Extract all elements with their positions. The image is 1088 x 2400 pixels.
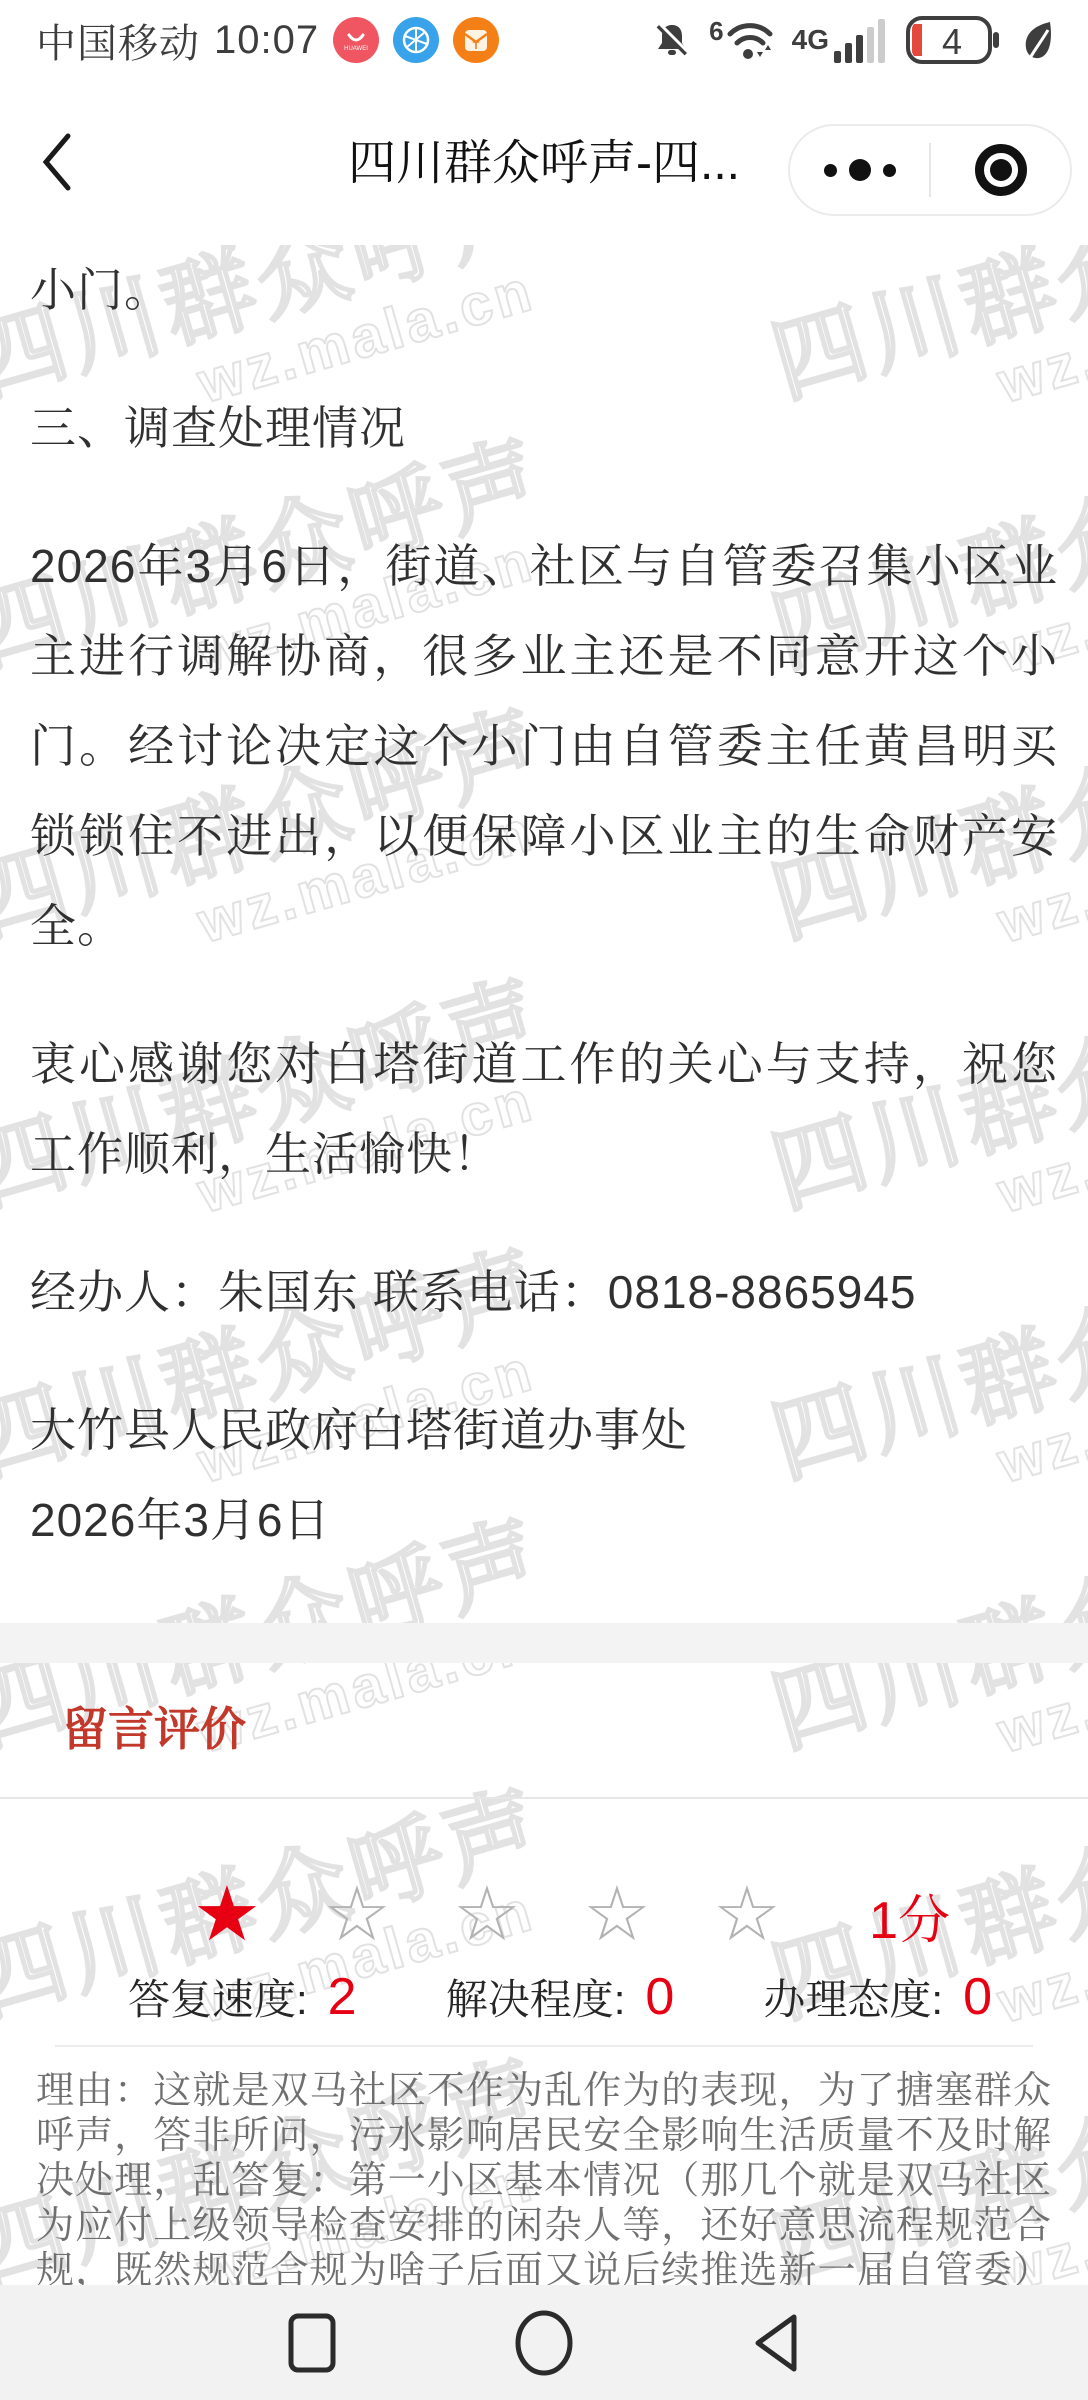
system-navigation-bar [0,2285,1088,2400]
paragraph: 大竹县人民政府白塔街道办事处 [30,1385,1058,1475]
review-section: 留言评价 ★☆☆☆☆ 1分 答复速度: 2 解决程度: 0 办理态度: 0 理由… [0,1663,1088,2339]
home-button[interactable] [512,2308,576,2378]
metric-value: 0 [645,1967,674,2027]
section-divider-band [0,1623,1088,1663]
metric-value: 0 [963,1967,992,2027]
star-filled-icon: ★ [162,1877,292,1953]
metric-label: 解决程度: [446,1967,626,2027]
rating-metrics-row: 答复速度: 2 解决程度: 0 办理态度: 0 [0,1967,1088,2027]
mini-program-nav-bar: 四川群众呼声-四... [0,80,1088,245]
battery-icon: 4 [906,14,1002,66]
reason-divider [55,2045,1033,2047]
power-save-leaf-icon [1018,18,1058,62]
record-circle-icon [975,144,1027,196]
star-empty-icon: ☆ [422,1877,552,1953]
paragraph: 经办人：朱国东 联系电话：0818-8865945 [30,1247,1058,1337]
phone-screen: 四川群众呼声wz.mala.cn四川群众呼声wz.mala.cn四川群众呼声wz… [0,0,1088,2400]
svg-text:T: T [473,40,480,52]
paragraph: 2026年3月6日，街道、社区与自管委召集小区业主进行调解协商，很多业主还是不同… [30,521,1058,971]
more-button[interactable] [790,126,929,214]
recents-button[interactable] [280,2308,344,2378]
wifi-6-icon: 6 [709,18,775,62]
minimize-button[interactable] [931,126,1070,214]
wifi-generation-label: 6 [709,18,723,44]
back-nav-button[interactable] [744,2308,808,2378]
mail-notification-icon: T [453,17,499,63]
review-section-title: 留言评价 [0,1663,1088,1799]
metric-reply-speed: 答复速度: 2 [128,1967,357,2027]
paragraph: 衷心感谢您对白塔街道工作的关心与支持，祝您工作顺利，生活愉快！ [30,1019,1058,1199]
paragraph: 三、调查处理情况 [30,383,1058,473]
svg-text:HUAWEI: HUAWEI [344,46,368,52]
content-area: 小门。 三、调查处理情况 2026年3月6日，街道、社区与自管委召集小区业主进行… [0,245,1088,1565]
paragraph: 2026年3月6日 [30,1475,1058,1565]
browser-notification-icon [393,17,439,63]
star-empty-icon: ☆ [682,1877,812,1953]
network-type-label: 4G [792,15,829,65]
bell-muted-icon [651,19,693,61]
metric-value: 2 [328,1967,357,2027]
star-empty-icon: ☆ [292,1877,422,1953]
ellipsis-icon [824,159,896,181]
star-icons: ★☆☆☆☆ [162,1877,812,1953]
star-empty-icon: ☆ [552,1877,682,1953]
mini-program-capsule [788,124,1072,216]
battery-percent-text: 4 [942,21,962,62]
star-rating-row: ★☆☆☆☆ 1分 [0,1877,1088,1953]
status-time: 10:07 [214,18,319,63]
huawei-notification-icon: HUAWEI [333,17,379,63]
paragraph: 小门。 [30,245,1058,335]
carrier-label: 中国移动 [36,12,200,69]
metric-handling-attitude: 办理态度: 0 [763,1967,992,2027]
metric-label: 办理态度: [763,1967,943,2027]
status-left: 中国移动 10:07 HUAWEI T [36,12,499,69]
status-bar: 中国移动 10:07 HUAWEI T 6 4G [0,0,1088,80]
metric-resolution-degree: 解决程度: 0 [446,1967,675,2027]
signal-4g-icon: 4G [792,15,890,65]
score-label: 1分 [869,1878,950,1953]
status-right: 6 4G 4 [651,14,1058,66]
metric-label: 答复速度: [128,1967,308,2027]
